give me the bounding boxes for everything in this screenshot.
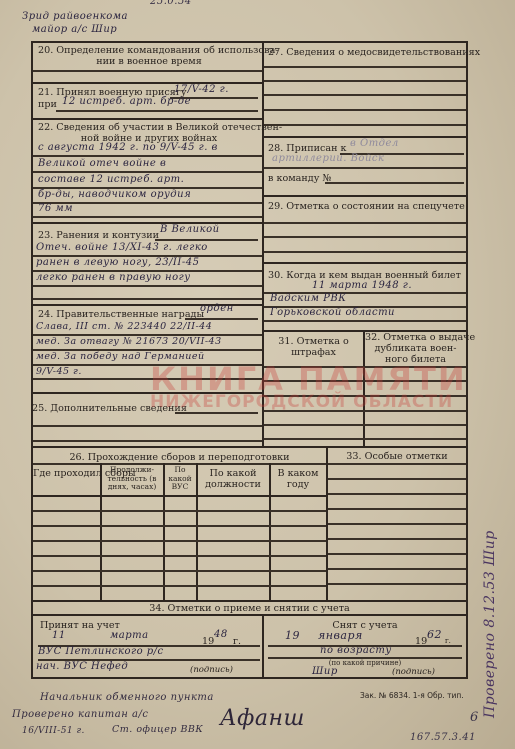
s21-date[interactable]: 17/V-42 г. bbox=[174, 84, 229, 95]
table-row bbox=[33, 555, 326, 557]
removed-signature[interactable]: Шир bbox=[312, 666, 338, 677]
s26-title: 26. Прохождение сборов и переподготовки bbox=[33, 452, 326, 463]
accepted-head[interactable]: нач. ВУС Нефед bbox=[36, 661, 128, 672]
top-note-line2: майор а/с Шир bbox=[32, 24, 117, 35]
s28-value1[interactable]: в Отдел bbox=[350, 138, 399, 149]
s24-line[interactable]: орден bbox=[200, 303, 234, 314]
s26-col-vus: По какой ВУС bbox=[165, 466, 195, 492]
top-note-line1: Зрид райвоенкома bbox=[22, 11, 128, 22]
s29-title: 29. Отметка о состоянии на спецучете bbox=[268, 201, 465, 212]
s22-line[interactable]: составе 12 истреб. арт. bbox=[38, 174, 184, 185]
s23-title: 23. Ранения и контузии bbox=[38, 230, 159, 241]
removed-year[interactable]: 62 bbox=[427, 628, 442, 641]
side-note: Проверено 8.12.53 Шир bbox=[482, 530, 498, 718]
s26-col-where: Где проходил сборы bbox=[33, 468, 100, 479]
s34-title: 34. Отметки о приеме и снятии с учета bbox=[33, 603, 466, 614]
s22-line[interactable]: Великой отеч войне в bbox=[38, 158, 166, 169]
accepted-year[interactable]: 48 bbox=[214, 629, 228, 640]
s22-title: 22. Сведения об участии в Великой отечес… bbox=[38, 122, 282, 133]
s20-title: 20. Определение командования об использо… bbox=[38, 45, 279, 56]
s33-title: 33. Особые отметки bbox=[328, 451, 466, 462]
s32-title: 32. Отметка о выдаче bbox=[365, 332, 466, 343]
bottom-note-line4: Ст. офицер ВВК bbox=[112, 724, 203, 735]
top-note-date: 25.0.54 bbox=[150, 0, 192, 7]
bottom-signature: Афанш bbox=[220, 706, 305, 731]
removed-month[interactable]: января bbox=[318, 629, 363, 642]
bottom-note-line3: 16/VIII-51 г. bbox=[22, 726, 85, 736]
s27-title: 27. Сведения о медосвидетельствованиях bbox=[268, 47, 480, 58]
accepted-month[interactable]: марта bbox=[110, 630, 149, 641]
table-row bbox=[33, 585, 326, 587]
page-mark: 6 bbox=[470, 710, 479, 725]
s26-col-year: В каком году bbox=[271, 468, 325, 490]
s31-title2: штрафах bbox=[264, 347, 363, 358]
bottom-note-line2: Проверено капитан а/с bbox=[12, 709, 148, 720]
bottom-note-line1: Начальник обменного пункта bbox=[40, 692, 214, 703]
s30-line[interactable]: Вадским РВК bbox=[270, 293, 346, 304]
removed-signature-label: (подпись) bbox=[392, 667, 435, 678]
s24-title: 24. Правительственные награды bbox=[38, 309, 204, 320]
print-info: Зак. № 6834. 1-я Обр. тип. bbox=[360, 690, 464, 701]
table-row bbox=[33, 570, 326, 572]
removed-day[interactable]: 19 bbox=[285, 629, 300, 642]
s22-line[interactable]: с августа 1942 г. по 9/V-45 г. в bbox=[38, 142, 218, 153]
s28-value2[interactable]: артиллерии. Войск bbox=[272, 153, 384, 164]
s21-prefix: при bbox=[38, 99, 57, 110]
removed-reason[interactable]: по возрасту bbox=[320, 645, 392, 656]
s20-title2: нии в военное время bbox=[38, 56, 260, 67]
s30-line[interactable]: 11 марта 1948 г. bbox=[312, 280, 412, 291]
s23-line[interactable]: легко ранен в правую ногу bbox=[36, 272, 191, 283]
accepted-signature-label: (подпись) bbox=[190, 665, 233, 676]
s32-title2: дубликата воен- bbox=[365, 343, 466, 354]
s23-line[interactable]: ранен в левую ногу, 23/II-45 bbox=[36, 257, 199, 268]
table-row bbox=[33, 525, 326, 527]
catalog-code: 167.57.3.41 bbox=[410, 732, 476, 743]
s30-line[interactable]: Горьковской области bbox=[270, 307, 395, 318]
s23-line[interactable]: В Великой bbox=[160, 224, 220, 235]
s28-command-label: в команду № bbox=[268, 173, 331, 184]
s26-col-duration: Продолжи-тельность (в днях, часах) bbox=[102, 466, 162, 492]
accepted-day[interactable]: 11 bbox=[52, 630, 66, 641]
s24-line[interactable]: мед. За отвагу № 21673 20/VII-43 bbox=[36, 336, 222, 347]
s31-title: 31. Отметка о bbox=[264, 336, 363, 347]
s22-line[interactable]: бр-ды, наводчиком орудия bbox=[38, 189, 191, 200]
s24-line[interactable]: Слава, III ст. № 223440 22/II-44 bbox=[36, 321, 212, 332]
s21-unit[interactable]: 12 истреб. арт. бр-де bbox=[62, 96, 191, 107]
s23-line[interactable]: Отеч. войне 13/XI-43 г. легко bbox=[36, 242, 208, 253]
accepted-office[interactable]: ВУС Петлинского р/с bbox=[38, 646, 164, 657]
s22-line[interactable]: 76 мм bbox=[38, 203, 73, 214]
removed-reason-label: (по какой причине) bbox=[264, 658, 466, 669]
watermark-line2: НИЖЕГОРОДСКОЙ ОБЛАСТИ bbox=[150, 392, 453, 412]
s24-line[interactable]: 9/V-45 г. bbox=[36, 366, 82, 377]
table-row bbox=[33, 510, 326, 512]
table-row bbox=[33, 540, 326, 542]
s26-col-position: По какой должности bbox=[198, 468, 268, 490]
